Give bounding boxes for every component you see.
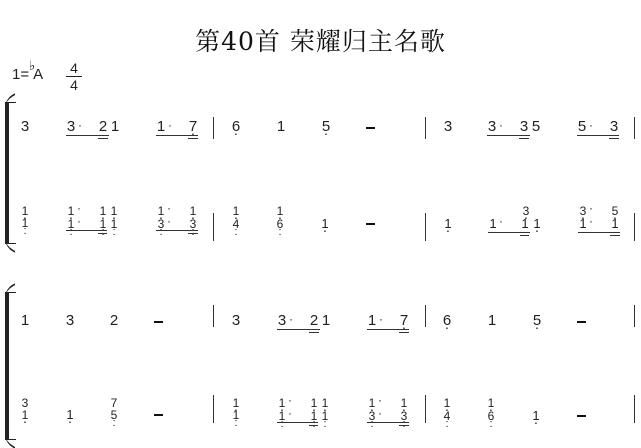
beam <box>188 233 198 234</box>
barline <box>634 117 635 139</box>
note: 6 <box>485 408 497 424</box>
note-low: 7 <box>398 313 410 329</box>
beam <box>487 135 530 136</box>
beam <box>188 138 198 139</box>
key-prefix: 1= <box>12 66 29 83</box>
beam <box>367 329 409 330</box>
sustain-dash <box>577 415 586 417</box>
beam <box>367 422 409 423</box>
system-brace-1 <box>5 102 16 244</box>
beam <box>277 329 320 330</box>
note: 1 <box>519 216 531 232</box>
note: 3 <box>442 119 454 135</box>
note: 3 <box>19 119 31 135</box>
note: 3 <box>518 119 530 135</box>
beam <box>519 138 529 139</box>
key-signature: 1=♭A <box>12 66 43 83</box>
note-low: 5 <box>531 313 543 329</box>
augmentation-dot: · <box>167 214 171 228</box>
note-low: 7 <box>187 119 199 135</box>
beam <box>66 230 107 231</box>
augmentation-dot: · <box>499 214 503 228</box>
note: 2 <box>308 313 320 329</box>
note: 1 <box>531 216 543 232</box>
note: 1 <box>320 313 332 329</box>
augmentation-dot: · <box>78 118 82 132</box>
augmentation-dot: · <box>379 312 383 326</box>
time-numerator: 4 <box>66 60 82 76</box>
time-denominator: 4 <box>66 76 82 93</box>
beam <box>609 138 619 139</box>
sustain-dash <box>366 127 375 129</box>
note-low: 6 <box>230 119 242 135</box>
note: 5 <box>108 407 120 423</box>
beam <box>610 235 620 236</box>
note: 5 <box>576 119 588 135</box>
beam <box>156 135 198 136</box>
note: 2 <box>108 313 120 329</box>
note: 1 <box>487 216 499 232</box>
barline <box>213 305 214 327</box>
augmentation-dot: · <box>77 201 81 215</box>
barline <box>425 117 426 139</box>
beam <box>66 135 109 136</box>
note: 1 <box>609 216 621 232</box>
note: 1 <box>109 119 121 135</box>
beam <box>577 135 619 136</box>
note: 3 <box>65 119 77 135</box>
note: 3 <box>486 119 498 135</box>
beam <box>98 233 107 234</box>
beam <box>399 425 409 426</box>
note: 4 <box>441 408 453 424</box>
augmentation-dot: · <box>589 118 593 132</box>
note: 1 <box>275 119 287 135</box>
note-low: 6 <box>441 313 453 329</box>
note: 1 <box>19 407 31 423</box>
note: 3 <box>64 313 76 329</box>
note: 3 <box>230 313 242 329</box>
sustain-dash <box>366 223 375 225</box>
note: 1 <box>486 313 498 329</box>
note: 1 <box>319 408 331 424</box>
barline <box>634 395 635 423</box>
note: 1 <box>108 216 120 232</box>
barline <box>634 305 635 327</box>
augmentation-dot: · <box>289 312 293 326</box>
note: 1 <box>442 216 454 232</box>
note: 1 <box>577 216 589 232</box>
barline <box>213 117 214 139</box>
flat-icon: ♭ <box>29 58 35 74</box>
augmentation-dot: · <box>378 406 382 420</box>
augmentation-dot: · <box>378 393 382 407</box>
sustain-dash <box>154 321 163 323</box>
time-signature: 4 4 <box>66 60 82 93</box>
system-brace-2 <box>5 292 16 440</box>
beam <box>488 232 530 233</box>
barline <box>425 305 426 327</box>
note: 1 <box>366 313 378 329</box>
beam <box>156 230 198 231</box>
song-title: 第40首 荣耀归主名歌 <box>0 22 641 58</box>
note: 1 <box>530 408 542 424</box>
sustain-dash <box>154 414 163 416</box>
augmentation-dot: · <box>167 201 171 215</box>
note: 5 <box>530 119 542 135</box>
beam <box>520 235 529 236</box>
note: 1 <box>230 407 242 423</box>
note: 4 <box>230 216 242 232</box>
beam <box>399 332 409 333</box>
augmentation-dot: · <box>589 201 593 215</box>
note: 1 <box>19 313 31 329</box>
augmentation-dot: · <box>288 406 292 420</box>
augmentation-dot: · <box>589 214 593 228</box>
note: 6 <box>274 216 286 232</box>
augmentation-dot: · <box>168 118 172 132</box>
note: 3 <box>608 119 620 135</box>
barline <box>634 213 635 241</box>
beam <box>277 422 318 423</box>
barline <box>213 395 214 423</box>
note: 1 <box>319 216 331 232</box>
note: 1 <box>19 215 31 231</box>
barline <box>425 213 426 241</box>
note: 1 <box>64 407 76 423</box>
note-low: 5 <box>320 119 332 135</box>
augmentation-dot: · <box>288 393 292 407</box>
beam <box>578 232 620 233</box>
note: 3 <box>276 313 288 329</box>
beam <box>98 138 108 139</box>
barline <box>213 213 214 241</box>
note: 2 <box>97 119 109 135</box>
beam <box>309 425 318 426</box>
sustain-dash <box>577 321 586 323</box>
beam <box>309 332 319 333</box>
barline <box>425 395 426 423</box>
augmentation-dot: · <box>499 118 503 132</box>
note: 1 <box>155 119 167 135</box>
augmentation-dot: · <box>77 214 81 228</box>
